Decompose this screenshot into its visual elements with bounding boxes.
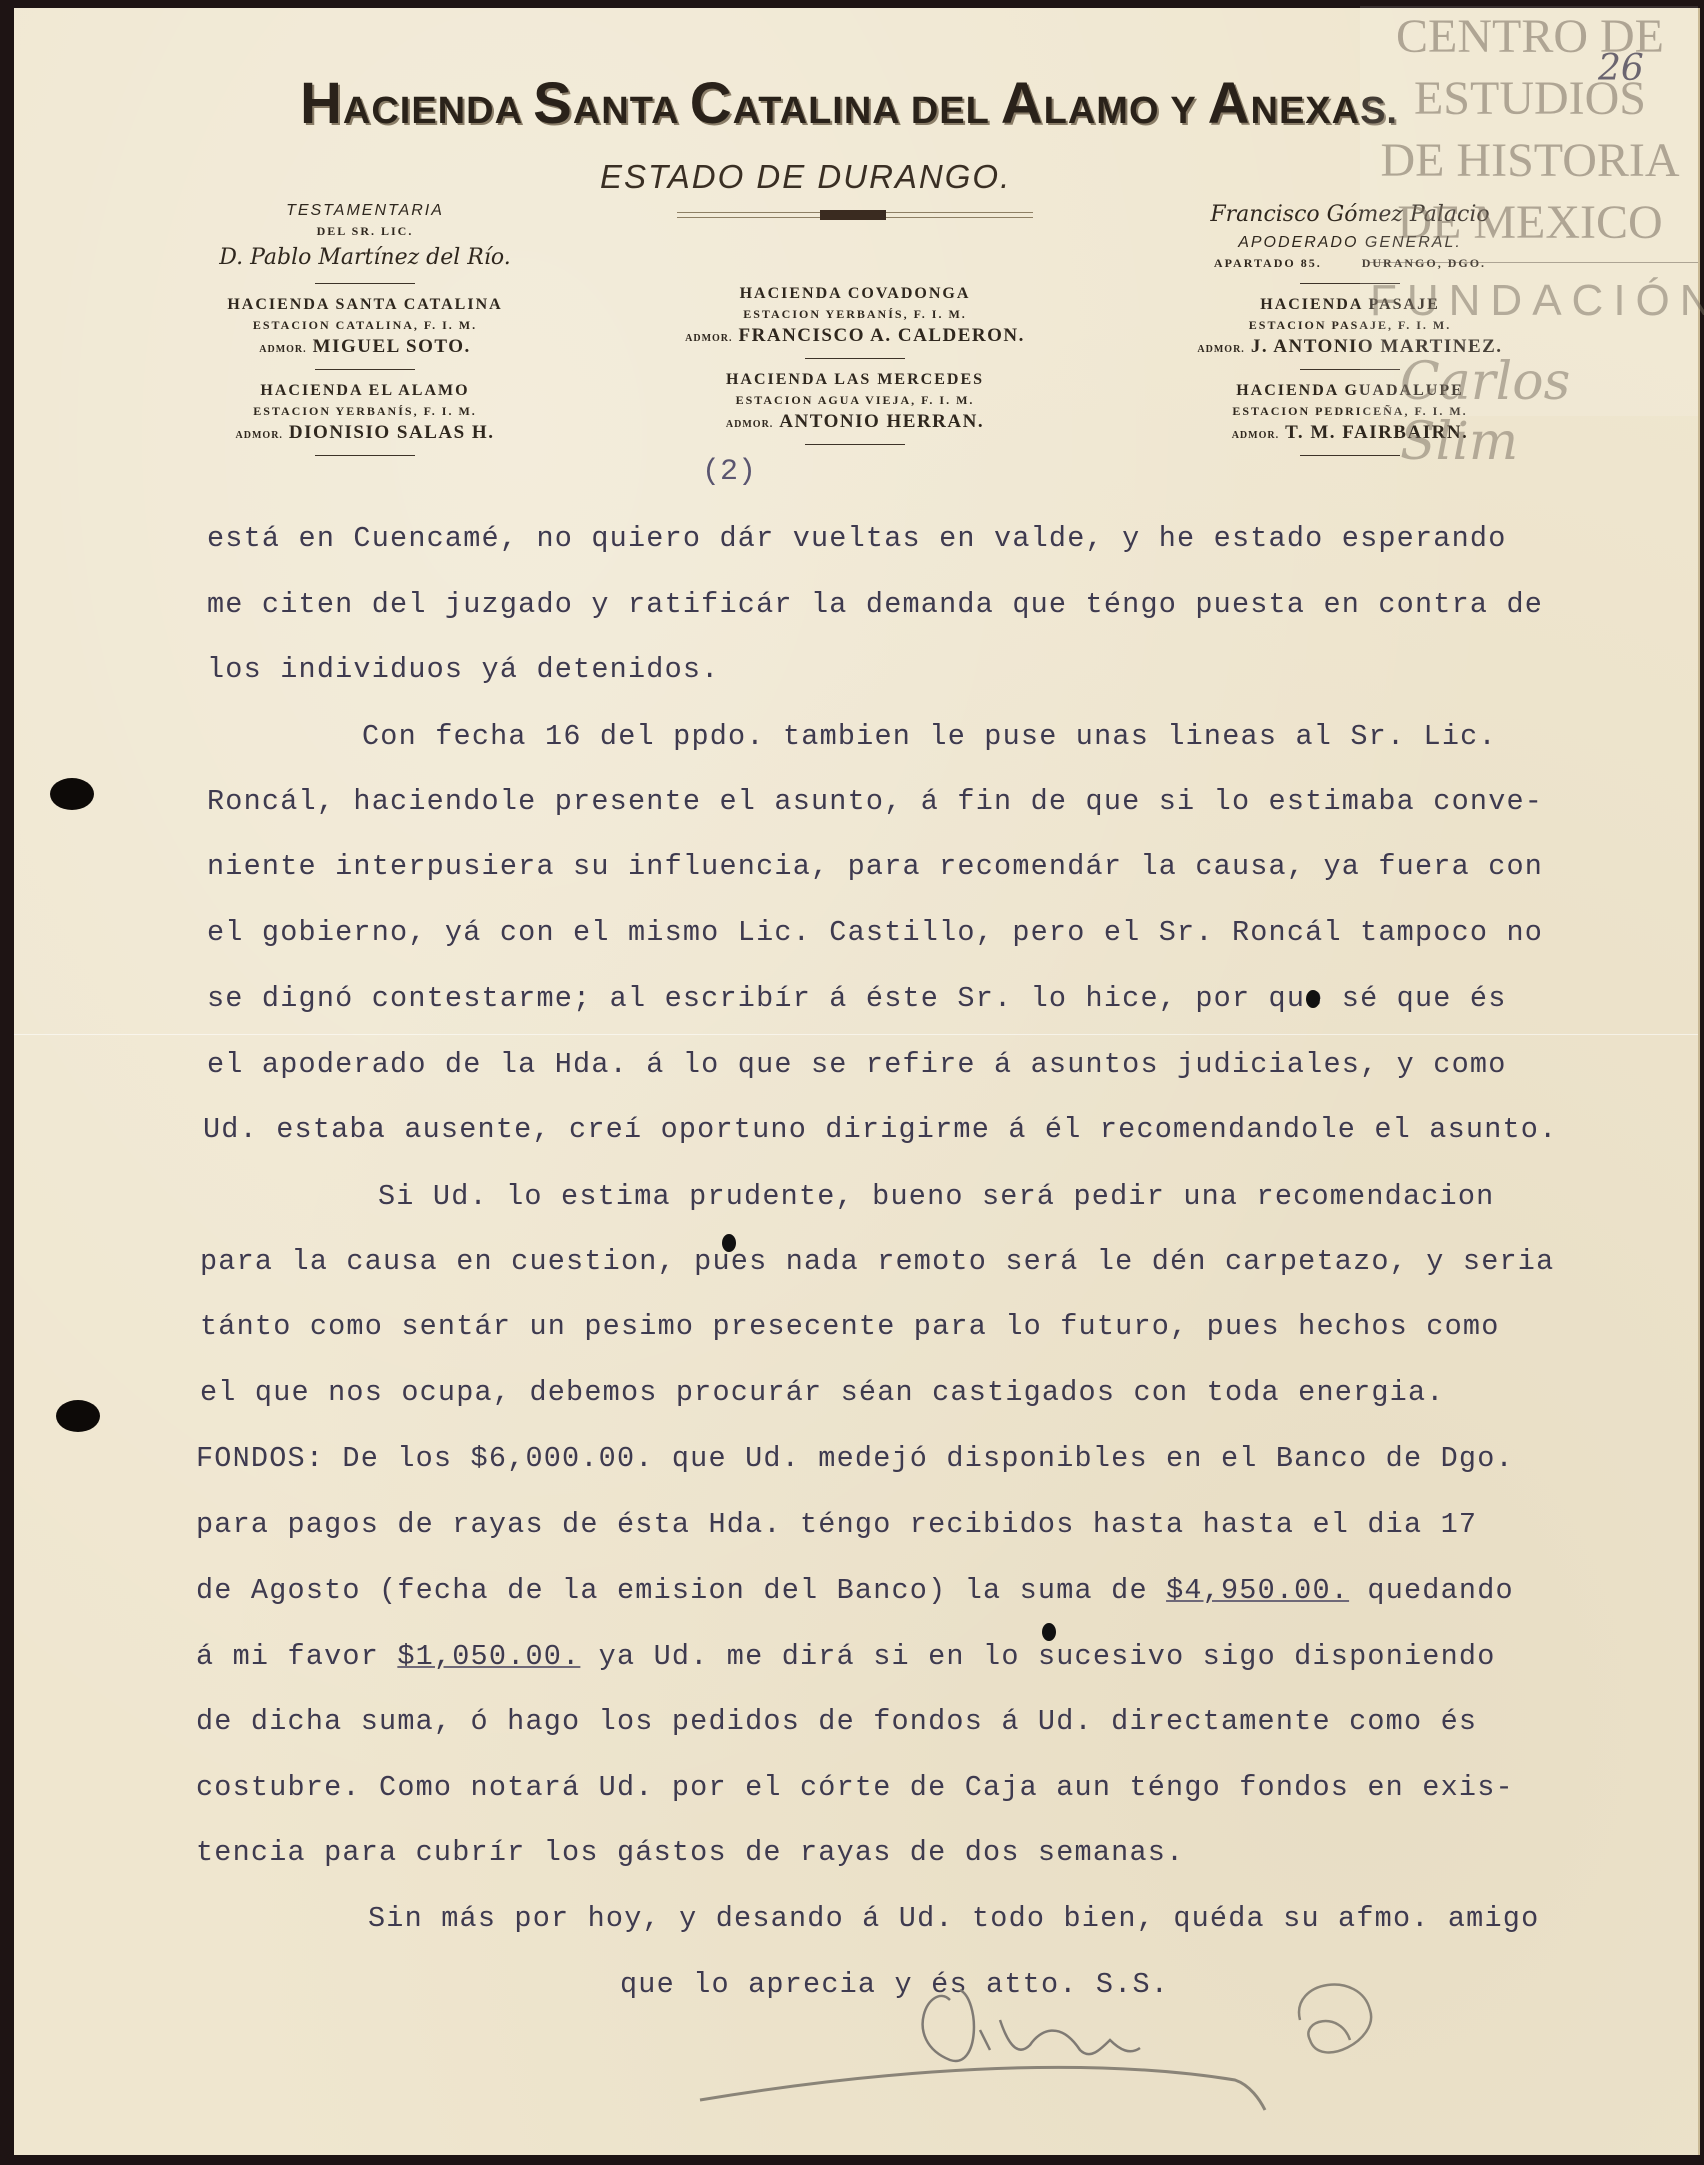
title-word: LAMO Y [1044,90,1208,132]
letterhead-center-column: HACIENDA COVADONGA ESTACION YERBANÍS, F.… [620,283,1090,455]
admor-name: DIONISIO SALAS H. [289,422,495,443]
typed-line: tencia para cubrír los gástos de rayas d… [196,1836,1184,1869]
testamentaria-label: TESTAMENTARIA [180,200,550,221]
hacienda-station: ESTACION YERBANÍS, F. I. M. [620,304,1090,325]
admor-name: MIGUEL SOTO. [313,336,471,357]
typed-line: de dicha suma, ó hago los pedidos de fon… [196,1705,1477,1738]
admor-prefix: ADMOR. [259,344,306,355]
divider [1300,455,1400,456]
typed-line: el que nos ocupa, debemos procurár séan … [200,1376,1445,1409]
typed-line: Sin más por hoy, y desando á Ud. todo bi… [368,1902,1539,1935]
admor-name: FRANCISCO A. CALDERON. [739,325,1025,346]
hacienda-admin: ADMOR.FRANCISCO A. CALDERON. [620,325,1090,349]
hacienda-name: HACIENDA COVADONGA [620,283,1090,304]
typed-line: el apoderado de la Hda. á lo que se refi… [207,1048,1507,1081]
admor-prefix: ADMOR. [1197,344,1244,355]
typed-line: FONDOS: De los $6,000.00. que Ud. medejó… [196,1442,1514,1475]
del-sr-lic-label: DEL SR. LIC. [180,221,550,242]
estate-owner-name: D. Pablo Martínez del Río. [180,242,550,274]
typed-line: los individuos yá detenidos. [207,653,719,686]
hacienda-station: ESTACION AGUA VIEJA, F. I. M. [620,390,1090,411]
typed-line: Con fecha 16 del ppdo. tambien le puse u… [362,720,1497,753]
title-initial: C [690,71,733,136]
page-number: (2) [702,455,756,489]
typed-line: Ud. estaba ausente, creí oportuno dirigi… [203,1113,1557,1146]
handwritten-signature [680,1960,1460,2140]
watermark-fundacion: FUNDACIÓN [1370,276,1704,326]
ink-dot [1042,1623,1056,1641]
typed-line: me citen del juzgado y ratificár la dema… [207,588,1543,621]
underlined-amount: $4,950.00. [1166,1574,1349,1607]
punch-hole [56,1400,100,1432]
ornament-rule [677,210,1033,220]
divider [315,455,415,456]
typed-line: Si Ud. lo estima prudente, bueno será pe… [378,1180,1494,1213]
typed-line: tánto como sentár un pesimo presecente p… [200,1310,1500,1343]
divider [315,369,415,370]
typed-line: Roncál, haciendole presente el asunto, á… [207,785,1543,818]
title-word: ANTA [573,90,690,132]
watermark-text: CENTRO DE ESTUDIOS DE HISTORIA DE MEXICO [1370,6,1690,254]
typed-line: niente interpusiera su influencia, para … [207,850,1543,883]
admor-prefix: ADMOR. [236,430,283,441]
hacienda-name: HACIENDA LAS MERCEDES [620,369,1090,390]
divider [805,358,905,359]
divider [805,444,905,445]
ink-dot [722,1234,736,1252]
typed-line: costubre. Como notará Ud. por el córte d… [196,1771,1514,1804]
hacienda-name: HACIENDA EL ALAMO [180,380,550,401]
admor-prefix: ADMOR. [685,333,732,344]
hacienda-admin: ADMOR.DIONISIO SALAS H. [180,422,550,446]
typed-line: está en Cuencamé, no quiero dár vueltas … [207,522,1507,555]
hacienda-station: ESTACION CATALINA, F. I. M. [180,315,550,336]
ink-dot [1306,990,1320,1008]
typed-line: el gobierno, yá con el mismo Lic. Castil… [207,916,1543,949]
title-initial: A [1208,71,1251,136]
letterhead-left-column: TESTAMENTARIA DEL SR. LIC. D. Pablo Mart… [180,200,550,466]
fold-line [14,1034,1698,1035]
typed-line: de Agosto (fecha de la emision del Banco… [196,1574,1514,1607]
letterhead-state: ESTADO DE DURANGO. [600,158,1011,196]
title-initial: H [300,71,343,136]
watermark-signature: Carlos Slim [1400,352,1704,472]
title-word: ATALINA DEL [733,90,1001,132]
typed-line: á mi favor $1,050.00. ya Ud. me dirá si … [196,1640,1496,1673]
admor-prefix: ADMOR. [1232,430,1279,441]
hacienda-station: ESTACION YERBANÍS, F. I. M. [180,401,550,422]
admor-name: ANTONIO HERRAN. [779,411,984,432]
apartado: APARTADO 85. [1214,256,1322,270]
title-word: ACIENDA [343,90,533,132]
watermark-line: DE HISTORIA [1370,130,1690,192]
letterhead-title: HACIENDA SANTA CATALINA DEL ALAMO Y ANEX… [300,70,1420,137]
typed-line: para pagos de rayas de ésta Hda. téngo r… [196,1508,1477,1541]
underlined-amount: $1,050.00. [397,1640,580,1673]
watermark-rule [1368,262,1698,263]
title-initial: A [1001,71,1044,136]
punch-hole [50,778,94,810]
admor-prefix: ADMOR. [726,419,773,430]
typed-line: para la causa en cuestion, pues nada rem… [200,1245,1554,1278]
handwritten-folio: 26 [1598,48,1644,89]
hacienda-admin: ADMOR.MIGUEL SOTO. [180,336,550,360]
hacienda-name: HACIENDA SANTA CATALINA [180,294,550,315]
divider [315,283,415,284]
hacienda-admin: ADMOR.ANTONIO HERRAN. [620,411,1090,435]
title-initial: S [533,71,573,136]
watermark-line: DE MEXICO [1370,192,1690,254]
